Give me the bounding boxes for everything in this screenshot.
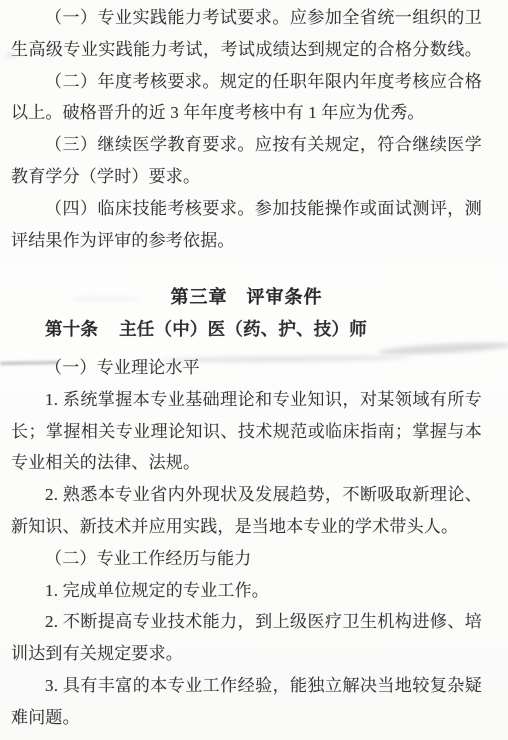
article-10-heading: 第十条主任（中）医（药、护、技）师 (11, 314, 482, 346)
text-line: 1. 完成单位规定的专业工作。 (11, 575, 482, 607)
text-line: 难问题。 (11, 702, 482, 734)
text-line: 2. 熟悉本专业省内外现状及发展趋势，不断吸取新理论、 (11, 479, 482, 511)
para-practice-exam-requirement: （一）专业实践能力考试要求。应参加全省统一组织的卫生高级专业实践能力考试，考试成… (11, 2, 482, 66)
para-section-1-title: （一）专业理论水平 (11, 352, 482, 384)
text-line: （一）专业理论水平 (11, 352, 482, 384)
para-work-item-2: 2. 不断提高专业技术能力，到上级医疗卫生机构进修、培训达到有关规定要求。 (11, 606, 482, 670)
text-line: 长；掌握相关专业理论知识、技术规范或临床指南；掌握与本 (11, 416, 482, 448)
para-work-item-3: 3. 具有丰富的本专业工作经验，能独立解决当地较复杂疑难问题。 (11, 670, 482, 734)
para-annual-assessment-requirement: （二）年度考核要求。规定的任职年限内年度考核应合格以上。破格晋升的近 3 年年度… (11, 66, 482, 130)
chapter-heading: 第三章 评审条件 (11, 282, 482, 314)
para-theory-item-2: 2. 熟悉本专业省内外现状及发展趋势，不断吸取新理论、新知识、新技术并应用实践，… (11, 479, 482, 543)
text-line: （二）专业工作经历与能力 (11, 543, 482, 575)
article-number: 第十条 (45, 319, 98, 339)
para-work-item-1: 1. 完成单位规定的专业工作。 (11, 575, 482, 607)
text-line: 新知识、新技术并应用实践，是当地本专业的学术带头人。 (11, 511, 482, 543)
text-line: 2. 不断提高专业技术能力，到上级医疗卫生机构进修、培 (11, 606, 482, 638)
text-line: 1. 系统掌握本专业基础理论和专业知识，对某领域有所专 (11, 384, 482, 416)
para-section-2-title: （二）专业工作经历与能力 (11, 543, 482, 575)
text-line: 专业相关的法律、法规。 (11, 447, 482, 479)
scanned-document-page: （一）专业实践能力考试要求。应参加全省统一组织的卫生高级专业实践能力考试，考试成… (0, 0, 508, 740)
text-line: 训达到有关规定要求。 (11, 638, 482, 670)
text-line: （二）年度考核要求。规定的任职年限内年度考核应合格 (11, 66, 482, 98)
article-title: 主任（中）医（药、护、技）师 (119, 319, 367, 339)
text-line: 3. 具有丰富的本专业工作经验，能独立解决当地较复杂疑 (11, 670, 482, 702)
text-line: 评结果作为评审的参考依据。 (11, 225, 482, 257)
para-theory-item-1: 1. 系统掌握本专业基础理论和专业知识，对某领域有所专长；掌握相关专业理论知识、… (11, 384, 482, 479)
text-line: （三）继续医学教育要求。应按有关规定，符合继续医学 (11, 129, 482, 161)
text-line: 教育学分（学时）要求。 (11, 161, 482, 193)
para-continuing-education-requirement: （三）继续医学教育要求。应按有关规定，符合继续医学教育学分（学时）要求。 (11, 129, 482, 193)
para-clinical-skill-requirement: （四）临床技能考核要求。参加技能操作或面试测评，测评结果作为评审的参考依据。 (11, 193, 482, 257)
text-line: 生高级专业实践能力考试，考试成绩达到规定的合格分数线。 (11, 34, 482, 66)
text-line: （一）专业实践能力考试要求。应参加全省统一组织的卫 (11, 2, 482, 34)
document-body: （一）专业实践能力考试要求。应参加全省统一组织的卫生高级专业实践能力考试，考试成… (11, 2, 482, 734)
text-line: （四）临床技能考核要求。参加技能操作或面试测评，测 (11, 193, 482, 225)
text-line: 以上。破格晋升的近 3 年年度考核中有 1 年应为优秀。 (11, 97, 482, 129)
